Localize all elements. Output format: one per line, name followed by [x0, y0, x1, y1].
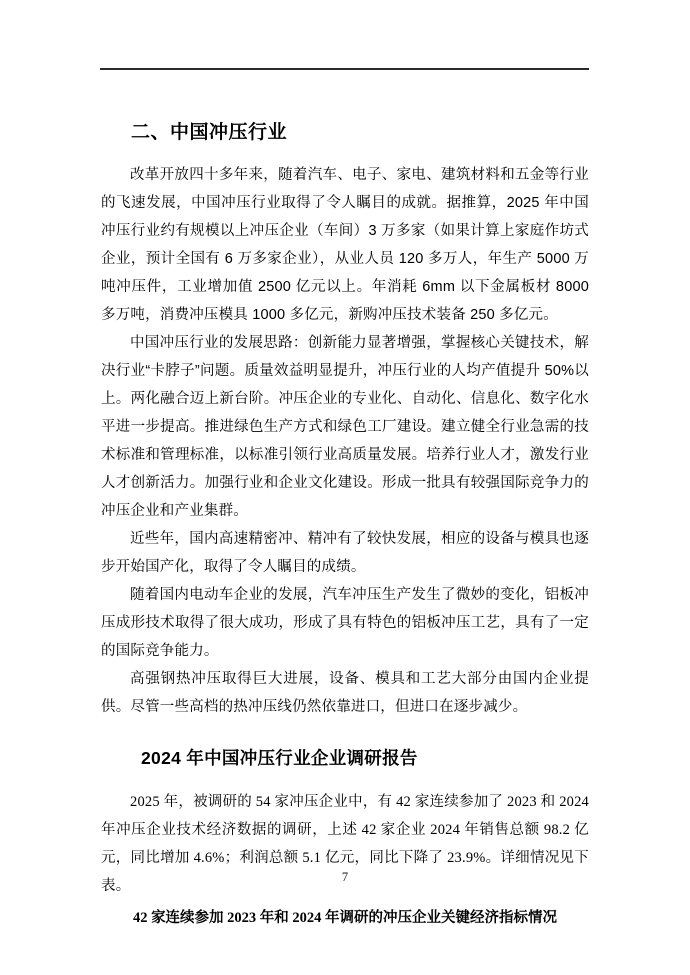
section-heading: 二、中国冲压行业 — [101, 119, 589, 147]
document-page: 二、中国冲压行业 改革开放四十多年来，随着汽车、电子、家电、建筑材料和五金等行业… — [0, 0, 690, 975]
paragraph-ev-aluminum: 随着国内电动车企业的发展，汽车冲压生产发生了微妙的变化，铝板冲压成形技术取得了很… — [101, 581, 589, 665]
paragraph-precision-stamping: 近些年，国内高速精密冲、精冲有了较快发展，相应的设备与模具也逐步开始国产化，取得… — [101, 525, 589, 581]
table-caption: 42 家连续参加 2023 年和 2024 年调研的冲压企业关键经济指标情况 — [101, 905, 589, 931]
paragraph-hot-stamping: 高强钢热冲压取得巨大进展，设备、模具和工艺大部分由国内企业提供。尽管一些高档的热… — [101, 665, 589, 721]
page-content: 二、中国冲压行业 改革开放四十多年来，随着汽车、电子、家电、建筑材料和五金等行业… — [101, 119, 589, 931]
page-number: 7 — [0, 870, 690, 885]
report-heading: 2024 年中国冲压行业企业调研报告 — [101, 745, 589, 772]
header-rule — [100, 68, 589, 70]
paragraph-development-strategy: 中国冲压行业的发展思路：创新能力显著增强，掌握核心关键技术，解决行业“卡脖子”问… — [101, 329, 589, 525]
paragraph-industry-overview: 改革开放四十多年来，随着汽车、电子、家电、建筑材料和五金等行业的飞速发展，中国冲… — [101, 161, 589, 329]
